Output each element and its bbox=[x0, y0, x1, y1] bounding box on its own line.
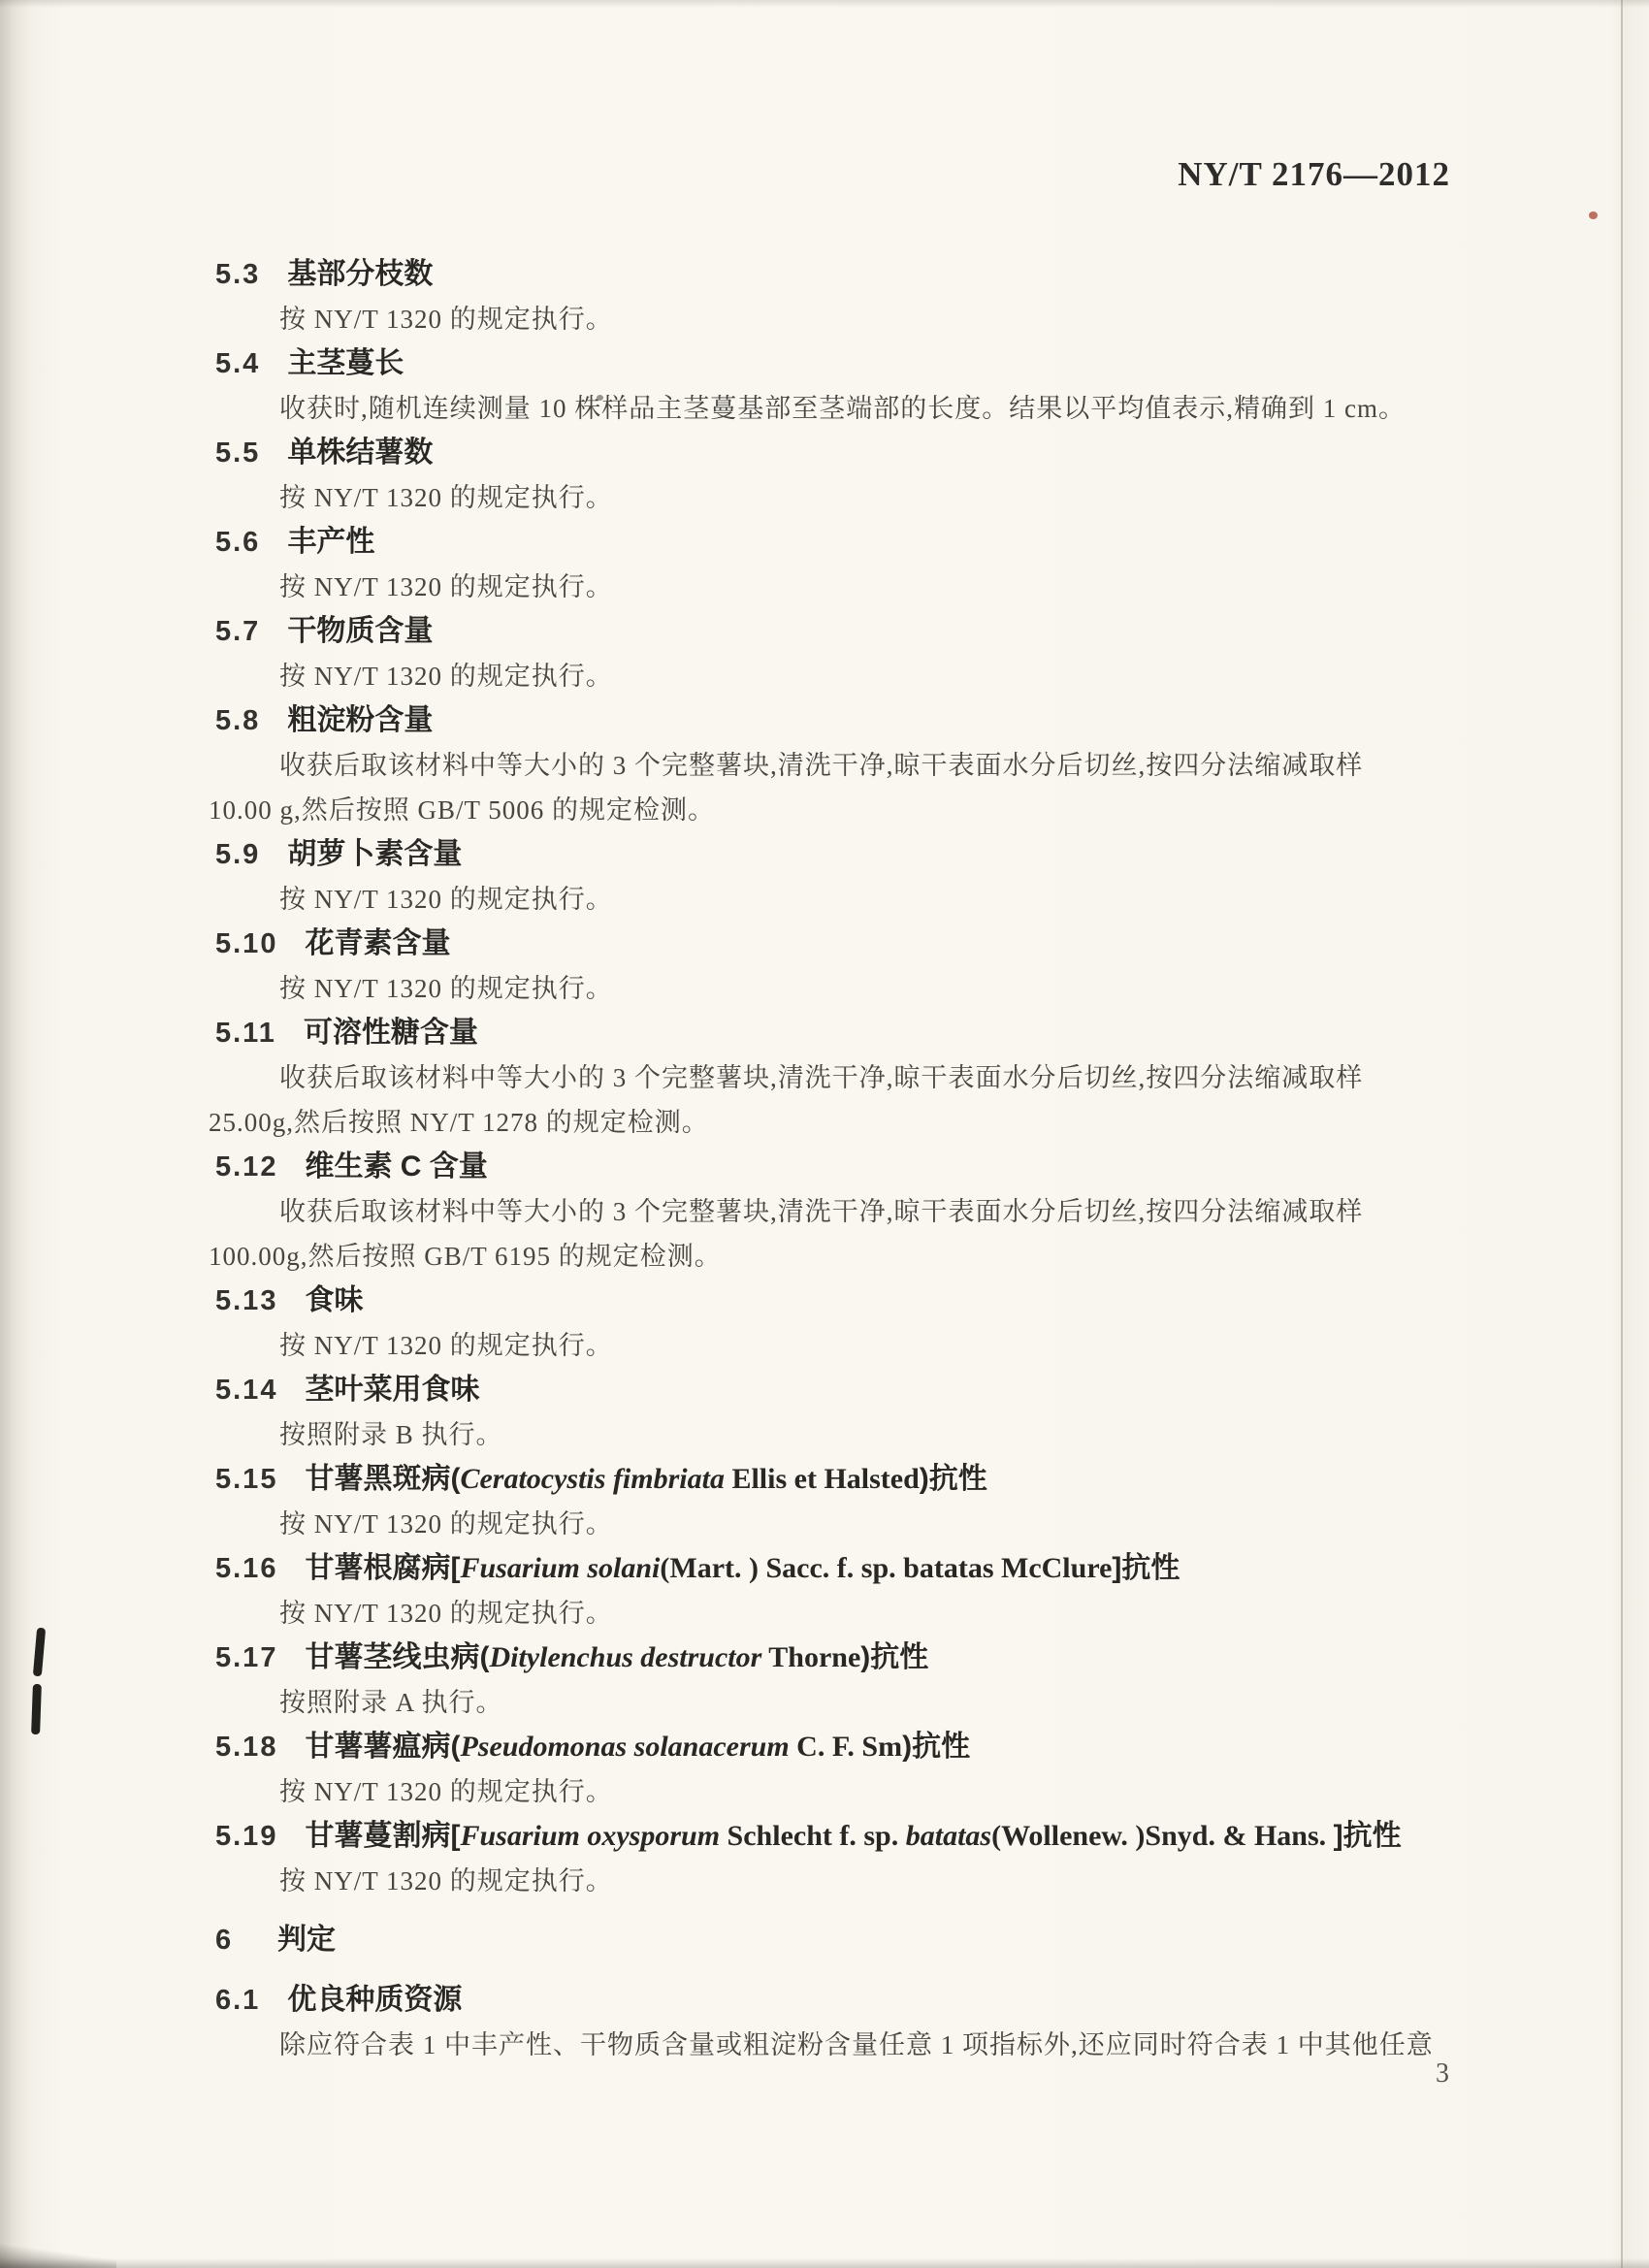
title-segment: 甘薯茎线虫病( bbox=[305, 1641, 489, 1673]
section-heading: 5.12维生素 C 含量 bbox=[0, 1145, 1649, 1189]
section-body-line: 按 NY/T 1320 的规定执行。 bbox=[0, 1502, 1649, 1546]
section-number: 6 bbox=[215, 1918, 250, 1962]
section-heading: 5.7干物质含量 bbox=[0, 609, 1649, 654]
title-segment: 可溶性糖含量 bbox=[304, 1017, 478, 1049]
title-segment: Pseudomonas solanacerum bbox=[460, 1731, 789, 1763]
section-number: 5.5 bbox=[215, 431, 260, 475]
section-title: 主茎蔓长 bbox=[287, 347, 404, 379]
section-title: 粗淀粉含量 bbox=[287, 704, 433, 736]
section-title: 甘薯薯瘟病(Pseudomonas solanacerum C. F. Sm)抗… bbox=[305, 1731, 970, 1763]
section-body-line: 除应符合表 1 中丰产性、干物质含量或粗淀粉含量任意 1 项指标外,还应同时符合… bbox=[0, 2023, 1649, 2067]
title-segment: 胡萝卜素含量 bbox=[287, 838, 462, 870]
title-segment: )抗性 bbox=[860, 1641, 928, 1673]
section-heading: 6.1优良种质资源 bbox=[0, 1978, 1649, 2023]
section-heading: 5.19甘薯蔓割病[Fusarium oxysporum Schlecht f.… bbox=[0, 1814, 1649, 1859]
section-heading: 5.9胡萝卜素含量 bbox=[0, 832, 1649, 877]
section-heading: 6判定 bbox=[0, 1918, 1649, 1962]
section-title: 甘薯蔓割病[Fusarium oxysporum Schlecht f. sp.… bbox=[305, 1820, 1401, 1852]
section-body-line: 按照附录 A 执行。 bbox=[0, 1680, 1649, 1725]
page-edge-top-shadow bbox=[0, 0, 1649, 8]
section-title: 花青素含量 bbox=[305, 927, 450, 959]
section-title: 判定 bbox=[277, 1924, 336, 1956]
section-title: 甘薯根腐病[Fusarium solani(Mart. ) Sacc. f. s… bbox=[305, 1552, 1180, 1584]
section-title: 甘薯黑斑病(Ceratocystis fimbriata Ellis et Ha… bbox=[305, 1463, 986, 1495]
page-corner-shadow bbox=[0, 2243, 116, 2268]
section-title: 可溶性糖含量 bbox=[304, 1017, 478, 1049]
title-segment: 甘薯薯瘟病( bbox=[305, 1731, 460, 1763]
section-heading: 5.3基部分枝数 bbox=[0, 252, 1649, 297]
title-segment: C. F. Sm bbox=[790, 1731, 902, 1763]
document-page: NY/T 2176—2012 5.3基部分枝数按 NY/T 1320 的规定执行… bbox=[0, 0, 1649, 2268]
title-segment: ]抗性 bbox=[1334, 1820, 1402, 1852]
section-title: 优良种质资源 bbox=[287, 1984, 462, 2016]
section-heading: 5.6丰产性 bbox=[0, 520, 1649, 565]
section-body-line: 10.00 g,然后按照 GB/T 5006 的规定检测。 bbox=[0, 788, 1649, 832]
title-segment: 基部分枝数 bbox=[287, 258, 433, 290]
section-body-line: 按 NY/T 1320 的规定执行。 bbox=[0, 1591, 1649, 1636]
section-body-line: 按 NY/T 1320 的规定执行。 bbox=[0, 475, 1649, 520]
section-heading: 5.8粗淀粉含量 bbox=[0, 698, 1649, 743]
document-body: 5.3基部分枝数按 NY/T 1320 的规定执行。5.4主茎蔓长收获时,随机连… bbox=[0, 252, 1649, 2067]
section-body-line: 按 NY/T 1320 的规定执行。 bbox=[0, 1769, 1649, 1814]
section-title: 干物质含量 bbox=[287, 615, 433, 647]
title-segment: 甘薯黑斑病( bbox=[305, 1463, 460, 1495]
section-number: 5.4 bbox=[215, 341, 260, 386]
section-title: 甘薯茎线虫病(Ditylenchus destructor Thorne)抗性 bbox=[305, 1641, 928, 1673]
title-segment: 甘薯蔓割病[ bbox=[305, 1820, 460, 1852]
section-body-line: 按 NY/T 1320 的规定执行。 bbox=[0, 565, 1649, 609]
section-number: 5.12 bbox=[215, 1145, 277, 1189]
title-segment: 优良种质资源 bbox=[287, 1984, 462, 2016]
title-segment: 茎叶菜用食味 bbox=[305, 1374, 479, 1406]
section-title: 基部分枝数 bbox=[287, 258, 433, 290]
title-segment: 粗淀粉含量 bbox=[287, 704, 433, 736]
section-number: 5.17 bbox=[215, 1636, 277, 1680]
section-body-line: 按 NY/T 1320 的规定执行。 bbox=[0, 877, 1649, 922]
section-heading: 5.13食味 bbox=[0, 1279, 1649, 1323]
section-heading: 5.4主茎蔓长 bbox=[0, 341, 1649, 386]
section-title: 茎叶菜用食味 bbox=[305, 1374, 479, 1406]
section-body-line: 按 NY/T 1320 的规定执行。 bbox=[0, 297, 1649, 341]
page-edge-bottom-shadow bbox=[0, 2258, 1649, 2268]
section-body-line: 收获后取该材料中等大小的 3 个完整薯块,清洗干净,晾干表面水分后切丝,按四分法… bbox=[0, 1189, 1649, 1234]
title-segment: 维生素 C 含量 bbox=[305, 1150, 487, 1183]
section-body-line: 收获后取该材料中等大小的 3 个完整薯块,清洗干净,晾干表面水分后切丝,按四分法… bbox=[0, 1055, 1649, 1100]
title-segment: batatas bbox=[906, 1820, 991, 1852]
title-segment: )抗性 bbox=[902, 1731, 970, 1763]
section-number: 5.10 bbox=[215, 922, 277, 966]
title-segment: 食味 bbox=[305, 1284, 363, 1316]
section-body-line: 按 NY/T 1320 的规定执行。 bbox=[0, 1859, 1649, 1903]
section-heading: 5.11可溶性糖含量 bbox=[0, 1011, 1649, 1055]
section-body-line: 按照附录 B 执行。 bbox=[0, 1412, 1649, 1457]
title-segment: )抗性 bbox=[920, 1463, 987, 1495]
title-segment: Ellis et Halsted bbox=[725, 1463, 920, 1495]
title-segment: (Mart. ) Sacc. f. sp. batatas McClure bbox=[660, 1552, 1112, 1584]
section-number: 5.13 bbox=[215, 1279, 277, 1323]
section-heading: 5.18甘薯薯瘟病(Pseudomonas solanacerum C. F. … bbox=[0, 1725, 1649, 1769]
section-number: 5.14 bbox=[215, 1368, 277, 1412]
title-segment: (Wollenew. )Snyd. & Hans. bbox=[991, 1820, 1334, 1852]
section-number: 5.15 bbox=[215, 1457, 277, 1502]
section-number: 5.11 bbox=[215, 1011, 276, 1055]
section-body-line: 按 NY/T 1320 的规定执行。 bbox=[0, 966, 1649, 1011]
title-segment: Ceratocystis fimbriata bbox=[460, 1463, 725, 1495]
section-title: 胡萝卜素含量 bbox=[287, 838, 462, 870]
title-segment: Schlecht f. sp. bbox=[720, 1820, 906, 1852]
title-segment: Thorne bbox=[761, 1641, 860, 1673]
title-segment: 主茎蔓长 bbox=[287, 347, 404, 379]
section-title: 丰产性 bbox=[287, 526, 374, 558]
section-body-line: 按 NY/T 1320 的规定执行。 bbox=[0, 1323, 1649, 1368]
title-segment: 丰产性 bbox=[287, 526, 374, 558]
section-heading: 5.14茎叶菜用食味 bbox=[0, 1368, 1649, 1412]
section-number: 5.3 bbox=[215, 252, 260, 297]
section-heading: 5.10花青素含量 bbox=[0, 922, 1649, 966]
title-segment: Ditylenchus destructor bbox=[489, 1641, 761, 1673]
section-body-line: 100.00g,然后按照 GB/T 6195 的规定检测。 bbox=[0, 1234, 1649, 1279]
section-body-line: 按 NY/T 1320 的规定执行。 bbox=[0, 654, 1649, 698]
title-segment: ]抗性 bbox=[1112, 1552, 1180, 1584]
section-number: 5.18 bbox=[215, 1725, 277, 1769]
page-number: 3 bbox=[1436, 2058, 1449, 2090]
section-body-line: 收获后取该材料中等大小的 3 个完整薯块,清洗干净,晾干表面水分后切丝,按四分法… bbox=[0, 743, 1649, 788]
section-title: 维生素 C 含量 bbox=[305, 1150, 487, 1183]
section-number: 5.16 bbox=[215, 1546, 277, 1591]
section-heading: 5.17甘薯茎线虫病(Ditylenchus destructor Thorne… bbox=[0, 1636, 1649, 1680]
title-segment: Fusarium solani bbox=[460, 1552, 660, 1584]
section-number: 5.9 bbox=[215, 832, 260, 877]
section-body-line: 收获时,随机连续测量 10 株样品主茎蔓基部至茎端部的长度。结果以平均值表示,精… bbox=[0, 386, 1649, 431]
section-number: 5.7 bbox=[215, 609, 260, 654]
section-title: 食味 bbox=[305, 1284, 363, 1316]
title-segment: 单株结薯数 bbox=[287, 437, 433, 469]
section-heading: 5.5单株结薯数 bbox=[0, 431, 1649, 475]
section-heading: 5.16甘薯根腐病[Fusarium solani(Mart. ) Sacc. … bbox=[0, 1546, 1649, 1591]
title-segment: 判定 bbox=[277, 1924, 336, 1956]
section-number: 6.1 bbox=[215, 1978, 260, 2023]
title-segment: Fusarium oxysporum bbox=[460, 1820, 720, 1852]
standard-code-header: NY/T 2176—2012 bbox=[1178, 155, 1450, 194]
title-segment: 甘薯根腐病[ bbox=[305, 1552, 460, 1584]
section-title: 单株结薯数 bbox=[287, 437, 433, 469]
section-number: 5.19 bbox=[215, 1814, 277, 1859]
title-segment: 干物质含量 bbox=[287, 615, 433, 647]
section-body-line: 25.00g,然后按照 NY/T 1278 的规定检测。 bbox=[0, 1100, 1649, 1145]
red-ink-dot bbox=[1589, 211, 1598, 219]
title-segment: 花青素含量 bbox=[305, 927, 450, 959]
section-number: 5.6 bbox=[215, 520, 260, 565]
section-heading: 5.15甘薯黑斑病(Ceratocystis fimbriata Ellis e… bbox=[0, 1457, 1649, 1502]
section-number: 5.8 bbox=[215, 698, 260, 743]
